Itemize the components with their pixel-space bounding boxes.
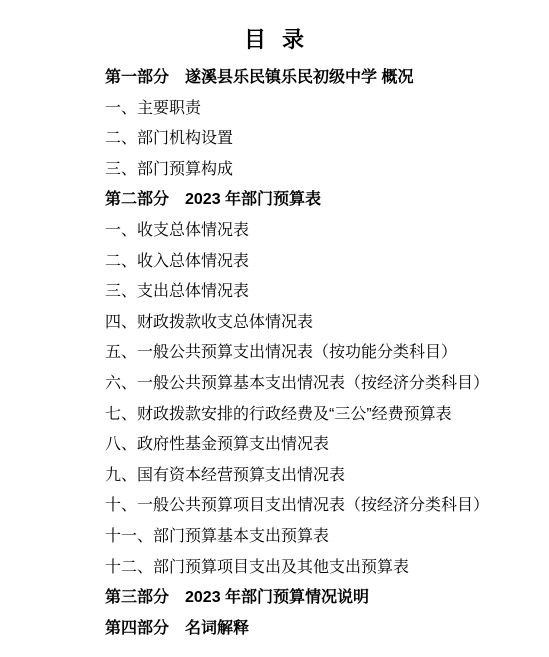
toc-entry: 九、国有资本经营预算支出情况表 [105,461,529,492]
toc-entry: 三、支出总体情况表 [105,277,529,308]
toc-entry: 二、部门机构设置 [105,124,529,155]
toc-entry: 七、财政拨款安排的行政经费及“三公”经费预算表 [105,400,529,431]
toc-section-heading-part1: 第一部分 遂溪县乐民镇乐民初级中学 概况 [105,63,529,94]
toc-entry: 六、一般公共预算基本支出情况表（按经济分类科目） [105,369,529,400]
table-of-contents: 第一部分 遂溪县乐民镇乐民初级中学 概况 一、主要职责 二、部门机构设置 三、部… [105,63,529,644]
toc-entry: 十、一般公共预算项目支出情况表（按经济分类科目） [105,491,529,522]
toc-entry: 四、财政拨款收支总体情况表 [105,308,529,339]
toc-section-heading-part4: 第四部分 名词解释 [105,614,529,645]
toc-entry: 十一、部门预算基本支出预算表 [105,522,529,553]
document-page: 目 录 第一部分 遂溪县乐民镇乐民初级中学 概况 一、主要职责 二、部门机构设置… [0,0,549,657]
toc-entry: 八、政府性基金预算支出情况表 [105,430,529,461]
toc-entry: 一、收支总体情况表 [105,216,529,247]
toc-entry: 五、一般公共预算支出情况表（按功能分类科目） [105,338,529,369]
toc-section-heading-part2: 第二部分 2023 年部门预算表 [105,185,529,216]
toc-entry: 一、主要职责 [105,94,529,125]
toc-entry: 十二、部门预算项目支出及其他支出预算表 [105,553,529,584]
toc-section-heading-part3: 第三部分 2023 年部门预算情况说明 [105,583,529,614]
toc-entry: 三、部门预算构成 [105,155,529,186]
toc-entry: 二、收入总体情况表 [105,247,529,278]
page-title: 目 录 [0,28,549,52]
